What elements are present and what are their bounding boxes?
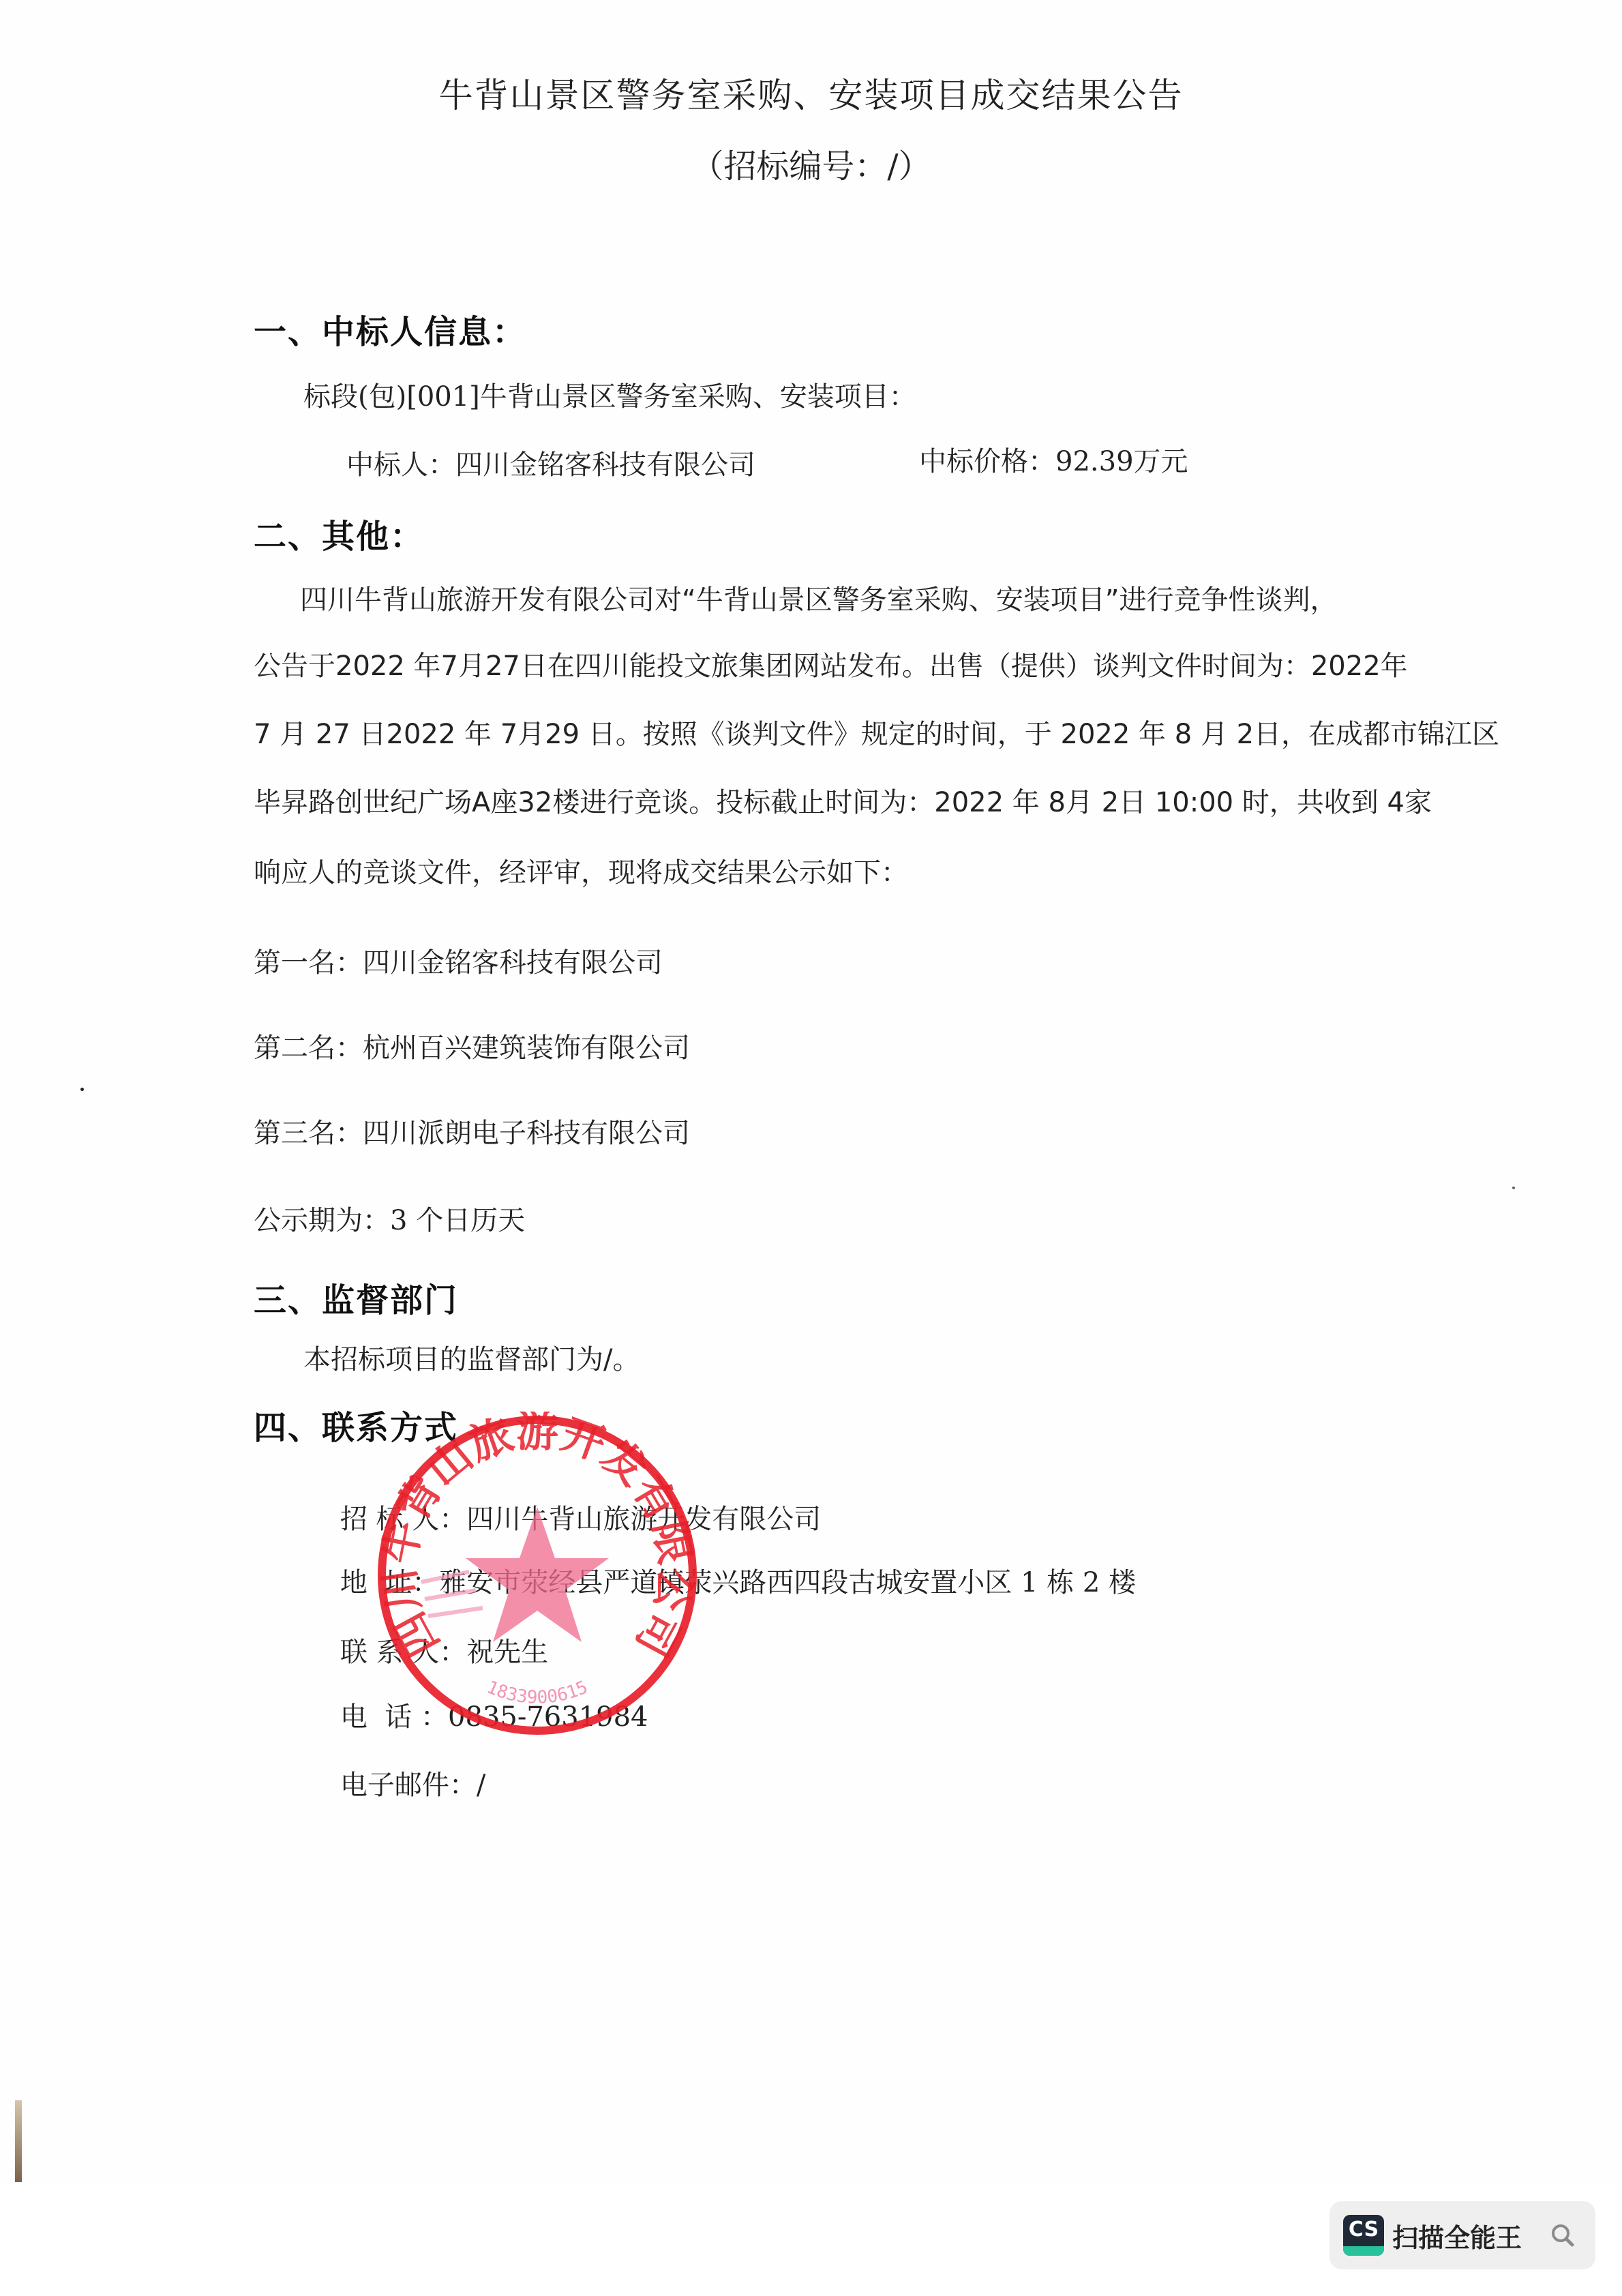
ranking-label: 第一名： [254,947,363,979]
svg-text:1833900615: 1833900615 [483,1677,590,1708]
ranking-item: 第一名：四川金铭客科技有限公司 [254,941,663,980]
supervision-text: 本招标项目的监督部门为/。 [303,1338,640,1377]
price-label: 中标价格： [919,446,1055,477]
paragraph-line: 四川牛背山旅游开发有限公司对“牛背山景区警务室采购、安装项目”进行竞争性谈判， [300,578,1337,617]
document-title: 牛背山景区警务室采购、安装项目成交结果公告 [0,68,1622,117]
paragraph-line: 响应人的竞谈文件，经评审，现将成交结果公示如下： [254,851,908,890]
ranking-company: 杭州百兴建筑装饰有限公司 [363,1032,690,1064]
winner-name: 四川金铭客科技有限公司 [455,449,755,481]
ranking-item: 第三名：四川派朗电子科技有限公司 [254,1112,690,1150]
section1-heading: 一、中标人信息： [254,305,526,353]
winner-label: 中标人： [346,449,455,481]
scan-speck [1512,1187,1515,1189]
contact-value: / [477,1770,485,1801]
section3-heading: 三、监督部门 [254,1274,458,1321]
scanned-page: 牛背山景区警务室采购、安装项目成交结果公告 （招标编号：/） 一、中标人信息： … [0,0,1622,2182]
scan-speck [80,1088,84,1091]
winner-line: 中标人：四川金铭客科技有限公司 [346,443,755,482]
ranking-label: 第二名： [254,1032,363,1064]
document-subtitle: （招标编号：/） [0,140,1622,187]
price-value: 92.39万元 [1055,446,1188,477]
page-edge-shadow [15,2100,22,2182]
camscanner-watermark: CS 扫描全能王 [1330,2201,1595,2269]
price-line: 中标价格：92.39万元 [919,440,1188,479]
contact-label: 电子邮件： [340,1770,477,1801]
contact-row: 电子邮件：/ [305,1732,485,1834]
paragraph-line: 毕昇路创世纪广场A座32楼进行竞谈。投标截止时间为：2022 年 8月 2日 1… [254,781,1432,820]
company-seal-icon: 四川牛背山旅游开发有限公司 1833900615 [374,1412,701,1739]
camscanner-logo-icon: CS [1343,2215,1384,2256]
ranking-company: 四川金铭客科技有限公司 [363,947,663,979]
paragraph-line: 7 月 27 日2022 年 7月29 日。按照《谈判文件》规定的时间，于 20… [254,713,1499,751]
lot-line: 标段(包)[001]牛背山景区警务室采购、安装项目： [303,375,916,414]
ranking-label: 第三名： [254,1118,363,1149]
ranking-company: 四川派朗电子科技有限公司 [363,1118,690,1149]
paragraph-line: 公告于2022 年7月27日在四川能投文旅集团网站发布。出售（提供）谈判文件时间… [254,644,1408,683]
section2-heading: 二、其他： [254,510,424,557]
publicity-period: 公示期为：3 个日历天 [254,1199,525,1238]
camscanner-app-name: 扫描全能王 [1392,2217,1522,2254]
ranking-item: 第二名：杭州百兴建筑装饰有限公司 [254,1026,690,1065]
search-icon [1549,2222,1576,2249]
